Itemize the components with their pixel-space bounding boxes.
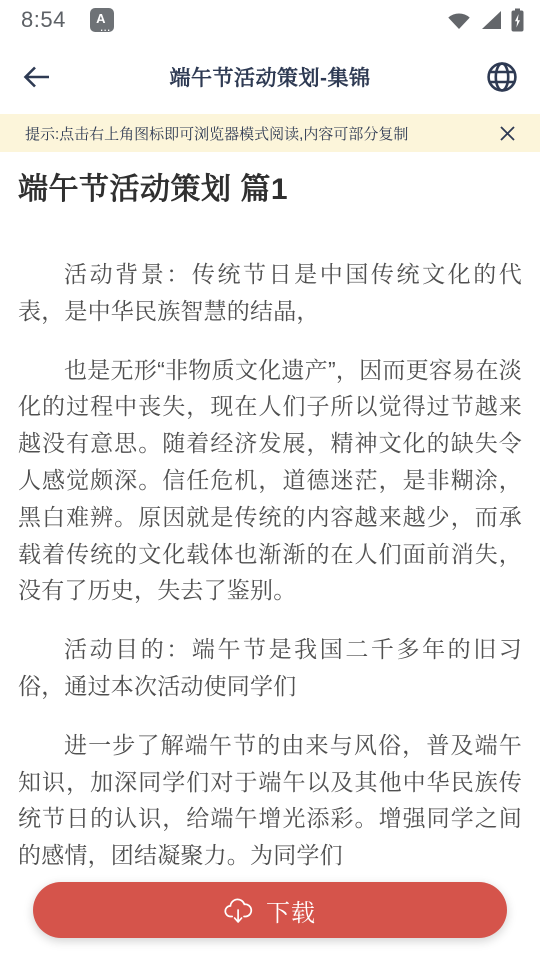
browser-mode-button[interactable] [484,59,520,95]
badge-dots: ... [100,26,111,30]
app-screen: 8:54 A ... [0,0,540,960]
page-title: 端午节活动策划-集锦 [170,62,371,92]
notification-app-icon: A ... [90,8,114,32]
status-bar: 8:54 A ... [0,0,540,40]
battery-charging-icon [511,8,524,32]
tip-banner: 提示:点击右上角图标即可浏览器模式阅读,内容可部分复制 [0,114,540,152]
article-paragraph: 也是无形“非物质文化遗产”，因而更容易在淡化的过程中丧失，现在人们子所以觉得过节… [18,352,522,610]
tip-text: 提示:点击右上角图标即可浏览器模式阅读,内容可部分复制 [25,123,408,144]
article-paragraph: 活动目的：端午节是我国二千多年的旧习俗，通过本次活动使同学们 [18,631,522,705]
status-icons [447,8,524,32]
download-button[interactable]: 下载 [33,882,507,938]
header: 端午节活动策划-集锦 [0,40,540,114]
back-arrow-icon [22,64,52,90]
cellular-signal-icon [480,10,502,30]
back-button[interactable] [20,60,54,94]
article-title: 端午节活动策划 篇1 [18,170,522,210]
article-paragraph: 活动背景：传统节日是中国传统文化的代表，是中华民族智慧的结晶， [18,256,522,330]
bottom-action-bar: 下载 [0,868,540,960]
globe-icon [485,60,519,94]
article-paragraph: 进一步了解端午节的由来与风俗，普及端午知识，加深同学们对于端午以及其他中华民族传… [18,727,522,874]
cloud-download-icon [224,897,254,924]
wifi-icon [447,10,471,30]
close-icon [499,125,516,142]
clock: 8:54 [21,7,66,33]
tip-close-button[interactable] [494,120,520,146]
download-button-label: 下载 [266,893,316,928]
article-content: 端午节活动策划 篇1 活动背景：传统节日是中国传统文化的代表，是中华民族智慧的结… [0,152,540,874]
